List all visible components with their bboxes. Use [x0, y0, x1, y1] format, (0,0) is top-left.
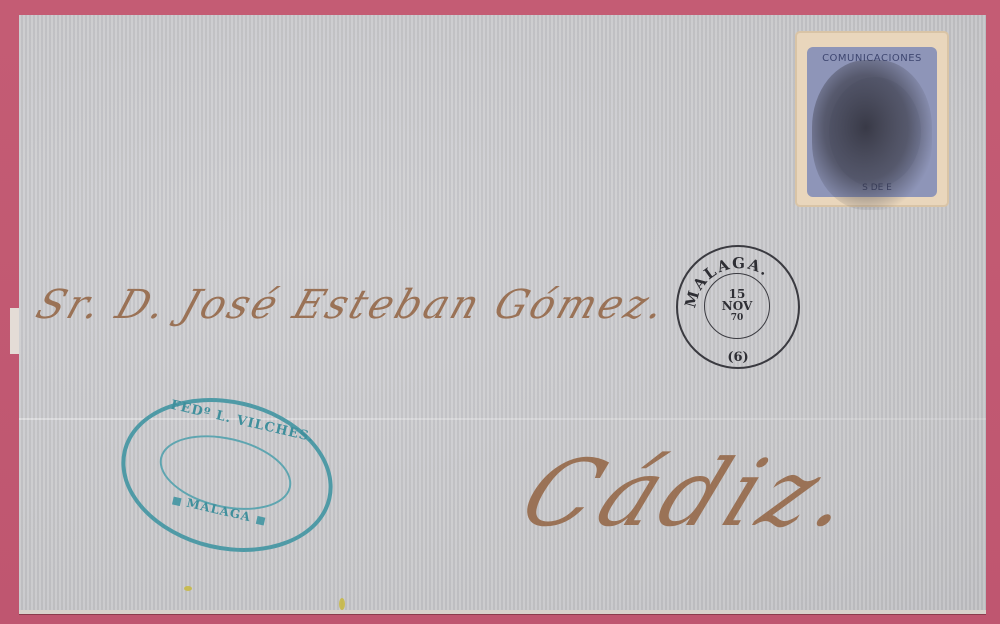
- postmark-month: NOV: [722, 300, 753, 312]
- postmark-year: 70: [731, 312, 744, 324]
- paper-stain: [339, 598, 345, 610]
- postmark-number: (6): [678, 350, 798, 365]
- handwritten-destination: Cádiz.: [506, 440, 877, 547]
- square-ornament-icon: [172, 496, 182, 506]
- square-ornament-icon: [256, 515, 266, 525]
- handwritten-addressee: Sr. D. José Esteban Gómez.: [31, 282, 673, 328]
- letter-bottom-edge: [19, 610, 986, 614]
- postmark-date: 15 NOV 70: [704, 273, 770, 339]
- paper-stain: [184, 586, 192, 591]
- circular-datestamp: MALAGA. 15 NOV 70 (6): [676, 245, 800, 369]
- mute-cancel-mark: [812, 60, 932, 210]
